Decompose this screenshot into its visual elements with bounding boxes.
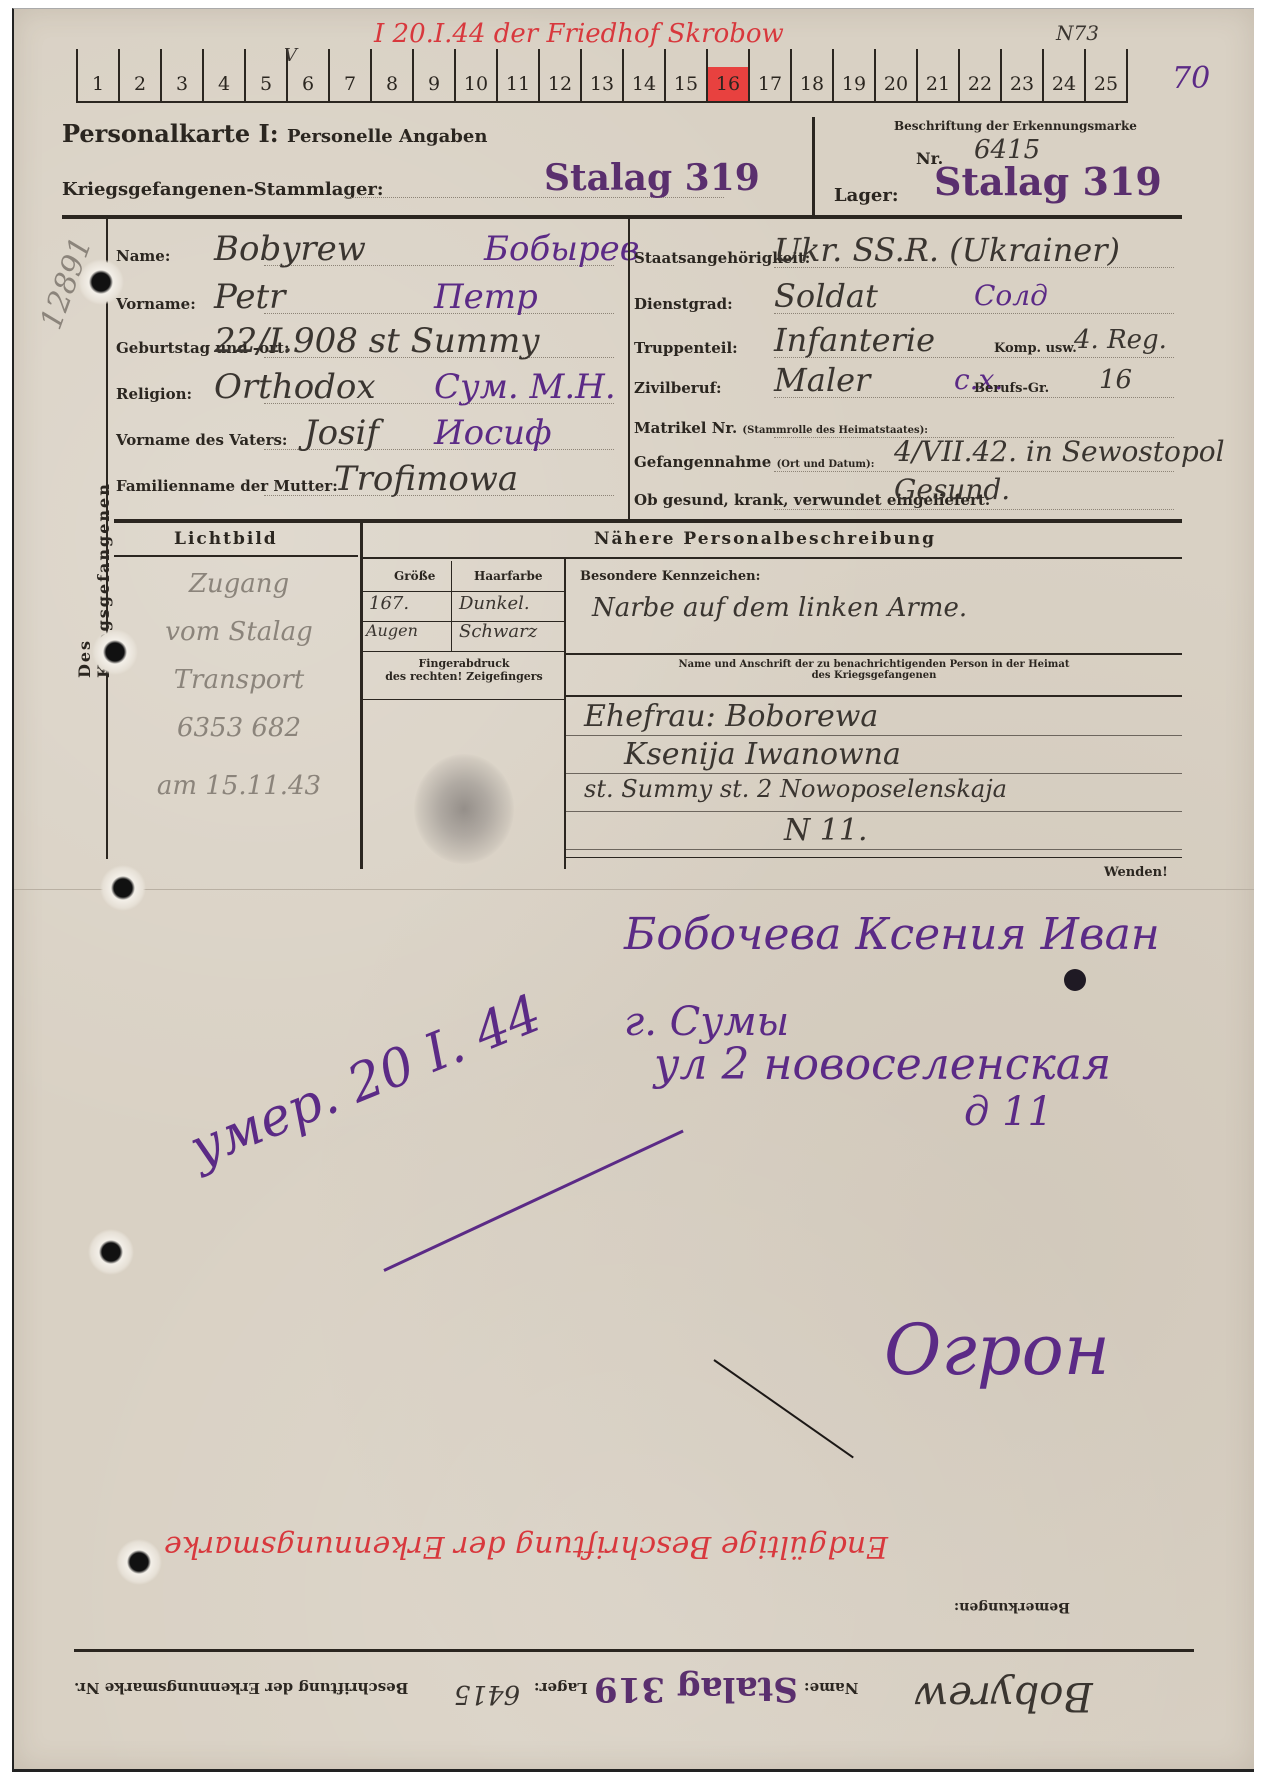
field-label-text: Gefangennahme xyxy=(634,453,771,471)
field-value: Soldat xyxy=(774,277,878,315)
tag-caption: Beschriftung der Erkennungsmarke xyxy=(894,119,1137,133)
strip-cell: 25 xyxy=(1084,49,1126,101)
strip-cell: 12 xyxy=(538,49,580,101)
strip-cell: 20 xyxy=(874,49,916,101)
marks-label: Besondere Kennzeichen: xyxy=(580,569,760,584)
signature: Огрон xyxy=(884,1309,1110,1391)
punch-hole xyxy=(116,1539,162,1585)
remarks-label: Bemerkungen: xyxy=(954,1599,1070,1615)
card-subtitle: Personelle Angaben xyxy=(287,126,488,147)
field-label: Zivilberuf: xyxy=(634,379,722,397)
hair-value: Dunkel. xyxy=(459,593,530,614)
field-extra-value: 16 xyxy=(1099,365,1132,395)
camp-stamp: Stalag 319 xyxy=(544,157,760,199)
field-value-cyrillic: Бобырев xyxy=(484,229,640,269)
field-label-text: Matrikel Nr. xyxy=(634,419,737,437)
field-value-cyrillic: Солд xyxy=(974,279,1048,312)
field-value: Gesund. xyxy=(894,473,1010,506)
inverted-camp-label: Lager: xyxy=(534,1679,588,1697)
field-label: Religion: xyxy=(116,385,192,403)
photo-pencil-line: Transport xyxy=(124,665,354,695)
purple-address-line: д 11 xyxy=(964,1089,1053,1135)
description-heading: Nähere Personalbeschreibung xyxy=(594,529,936,549)
camp-label: Kriegsgefangenen-Stammlager: xyxy=(62,179,384,200)
contact-caption-line-1: Name und Anschrift der zu benachrichtige… xyxy=(566,659,1182,670)
contact-line: Ksenija Iwanowna xyxy=(624,737,901,772)
strip-cell: 8 xyxy=(370,49,412,101)
purple-address-line: Бобочева Ксения Иван xyxy=(624,909,1160,960)
field-value: Bobyrew xyxy=(214,229,366,269)
field-extra-value: 4. Reg. xyxy=(1074,325,1167,355)
fingerprint-caption: Fingerabdruck des rechten! Zeigefingers xyxy=(364,657,564,683)
field-label: Vorname des Vaters: xyxy=(116,431,287,449)
fingerprint xyxy=(414,754,514,864)
contact-line: Ehefrau: Boborewa xyxy=(584,699,878,734)
photo-pencil-line: am 15.11.43 xyxy=(124,771,354,801)
strip-cell: 22 xyxy=(958,49,1000,101)
red-annotation: I 20.I.44 der Friedhof Skrobow xyxy=(374,19,784,49)
tag-camp-stamp: Stalag 319 xyxy=(934,159,1162,204)
inverted-tag-row: Beschriftung der Erkennungsmarke Nr. 641… xyxy=(74,1659,1194,1709)
eyes-value: Schwarz xyxy=(459,621,537,642)
death-note: умер. 20 I. 44 xyxy=(182,984,550,1179)
height-value: 167. xyxy=(369,593,409,614)
strip-cell: 2 xyxy=(118,49,160,101)
contact-line: st. Summy st. 2 Nowoposelenskaja xyxy=(584,775,1007,803)
inverted-tag-caption: Beschriftung der Erkennungsmarke Nr. xyxy=(74,1679,408,1697)
right-annotation: 70 xyxy=(1172,61,1210,96)
strip-cell: 21 xyxy=(916,49,958,101)
marks-value: Narbe auf dem linken Arme. xyxy=(592,593,967,623)
strip-cell: 7 xyxy=(328,49,370,101)
strip-cell: 10 xyxy=(454,49,496,101)
red-inverted-note: Endgültige Beschriftung der Erkennungsma… xyxy=(164,1529,1204,1564)
inverted-name-value: Bobyrew xyxy=(914,1673,1093,1719)
photo-heading: Lichtbild xyxy=(174,529,278,549)
field-value: Infanterie xyxy=(774,321,935,359)
inverted-tag-nr: 6415 xyxy=(454,1679,520,1709)
field-label-text: Dienstgrad: xyxy=(634,295,733,313)
field-value: Trofimowa xyxy=(334,459,518,499)
underline-stroke xyxy=(383,1130,683,1272)
field-label: Truppenteil: xyxy=(634,339,738,357)
card-number-annotation: N73 xyxy=(1056,21,1099,45)
number-strip: 1234567891011121314151617181920212223242… xyxy=(76,49,1128,103)
strip-cell: 24 xyxy=(1042,49,1084,101)
strip-cell: 18 xyxy=(790,49,832,101)
punch-hole xyxy=(78,259,124,305)
contact-caption: Name und Anschrift der zu benachrichtige… xyxy=(566,659,1182,681)
strip-cell: 1 xyxy=(76,49,118,101)
check-mark-annotation: V xyxy=(284,45,297,66)
strip-cell: 16 xyxy=(706,49,748,101)
contact-line: N 11. xyxy=(784,813,868,848)
strip-cell: 15 xyxy=(664,49,706,101)
field-value-cyrillic: Иосиф xyxy=(434,413,552,453)
field-label: Vorname: xyxy=(116,295,196,313)
black-stroke xyxy=(713,1359,853,1458)
personnel-card: 1234567891011121314151617181920212223242… xyxy=(12,8,1254,1772)
card-title: Personalkarte I: Personelle Angaben xyxy=(62,119,487,148)
field-label: Name: xyxy=(116,247,170,265)
field-label: Gefangennahme (Ort und Datum): xyxy=(634,453,874,471)
field-label: Dienstgrad: xyxy=(634,295,733,313)
punch-hole xyxy=(92,629,138,675)
field-value: Josif xyxy=(304,413,379,453)
field-value-cyrillic: Сум. М.Н. xyxy=(434,367,616,407)
card-title-text: Personalkarte I: xyxy=(62,119,279,148)
field-value: Orthodox xyxy=(214,367,376,407)
punch-hole xyxy=(88,1229,134,1275)
strip-cell: 14 xyxy=(622,49,664,101)
purple-address-line: ул 2 новоселенская xyxy=(654,1039,1111,1090)
field-label-text: Zivilberuf: xyxy=(634,379,722,397)
eyes-label: Augen xyxy=(366,621,418,640)
photo-pencil-line: Zugang xyxy=(124,569,354,599)
field-value-cyrillic: Петр xyxy=(434,277,538,317)
field-label-note: (Ort und Datum): xyxy=(777,459,875,470)
photo-pencil-line: 6353 682 xyxy=(124,713,354,743)
height-header: Größe xyxy=(394,569,435,583)
ink-dot xyxy=(1064,969,1086,991)
tag-camp-label: Lager: xyxy=(834,185,899,206)
contact-caption-line-2: des Kriegsgefangenen xyxy=(566,670,1182,681)
strip-cell: 3 xyxy=(160,49,202,101)
fingerprint-caption-line-2: des rechten! Zeigefingers xyxy=(364,670,564,683)
punch-hole xyxy=(100,865,146,911)
photo-pencil-line: vom Stalag xyxy=(124,617,354,647)
strip-cell: 9 xyxy=(412,49,454,101)
field-value: Ukr. SS.R. (Ukrainer) xyxy=(774,231,1120,269)
strip-cell: 23 xyxy=(1000,49,1042,101)
inverted-name-label: Name: xyxy=(804,1679,858,1697)
strip-cell: 4 xyxy=(202,49,244,101)
strip-cell: 11 xyxy=(496,49,538,101)
field-value: Petr xyxy=(214,277,285,317)
field-extra-label: Berufs-Gr. xyxy=(974,381,1049,396)
field-label-text: Truppenteil: xyxy=(634,339,738,357)
field-label: Familienname der Mutter: xyxy=(116,477,338,495)
field-label: Matrikel Nr. (Stammrolle des Heimatstaat… xyxy=(634,419,928,437)
fingerprint-caption-line-1: Fingerabdruck xyxy=(364,657,564,670)
field-extra-label: Komp. usw. xyxy=(994,341,1077,356)
field-value: Maler xyxy=(774,361,870,399)
strip-cell: 17 xyxy=(748,49,790,101)
strip-cell: 5 xyxy=(244,49,286,101)
strip-cell: 13 xyxy=(580,49,622,101)
field-value: 4/VII.42. in Sewostopol xyxy=(894,435,1225,468)
field-value: 22/I.908 st Summy xyxy=(214,321,539,361)
turn-over-note: Wenden! xyxy=(1104,865,1168,880)
hair-header: Haarfarbe xyxy=(474,569,543,583)
inverted-camp-stamp: Stalag 319 xyxy=(594,1669,798,1709)
strip-cell: 19 xyxy=(832,49,874,101)
